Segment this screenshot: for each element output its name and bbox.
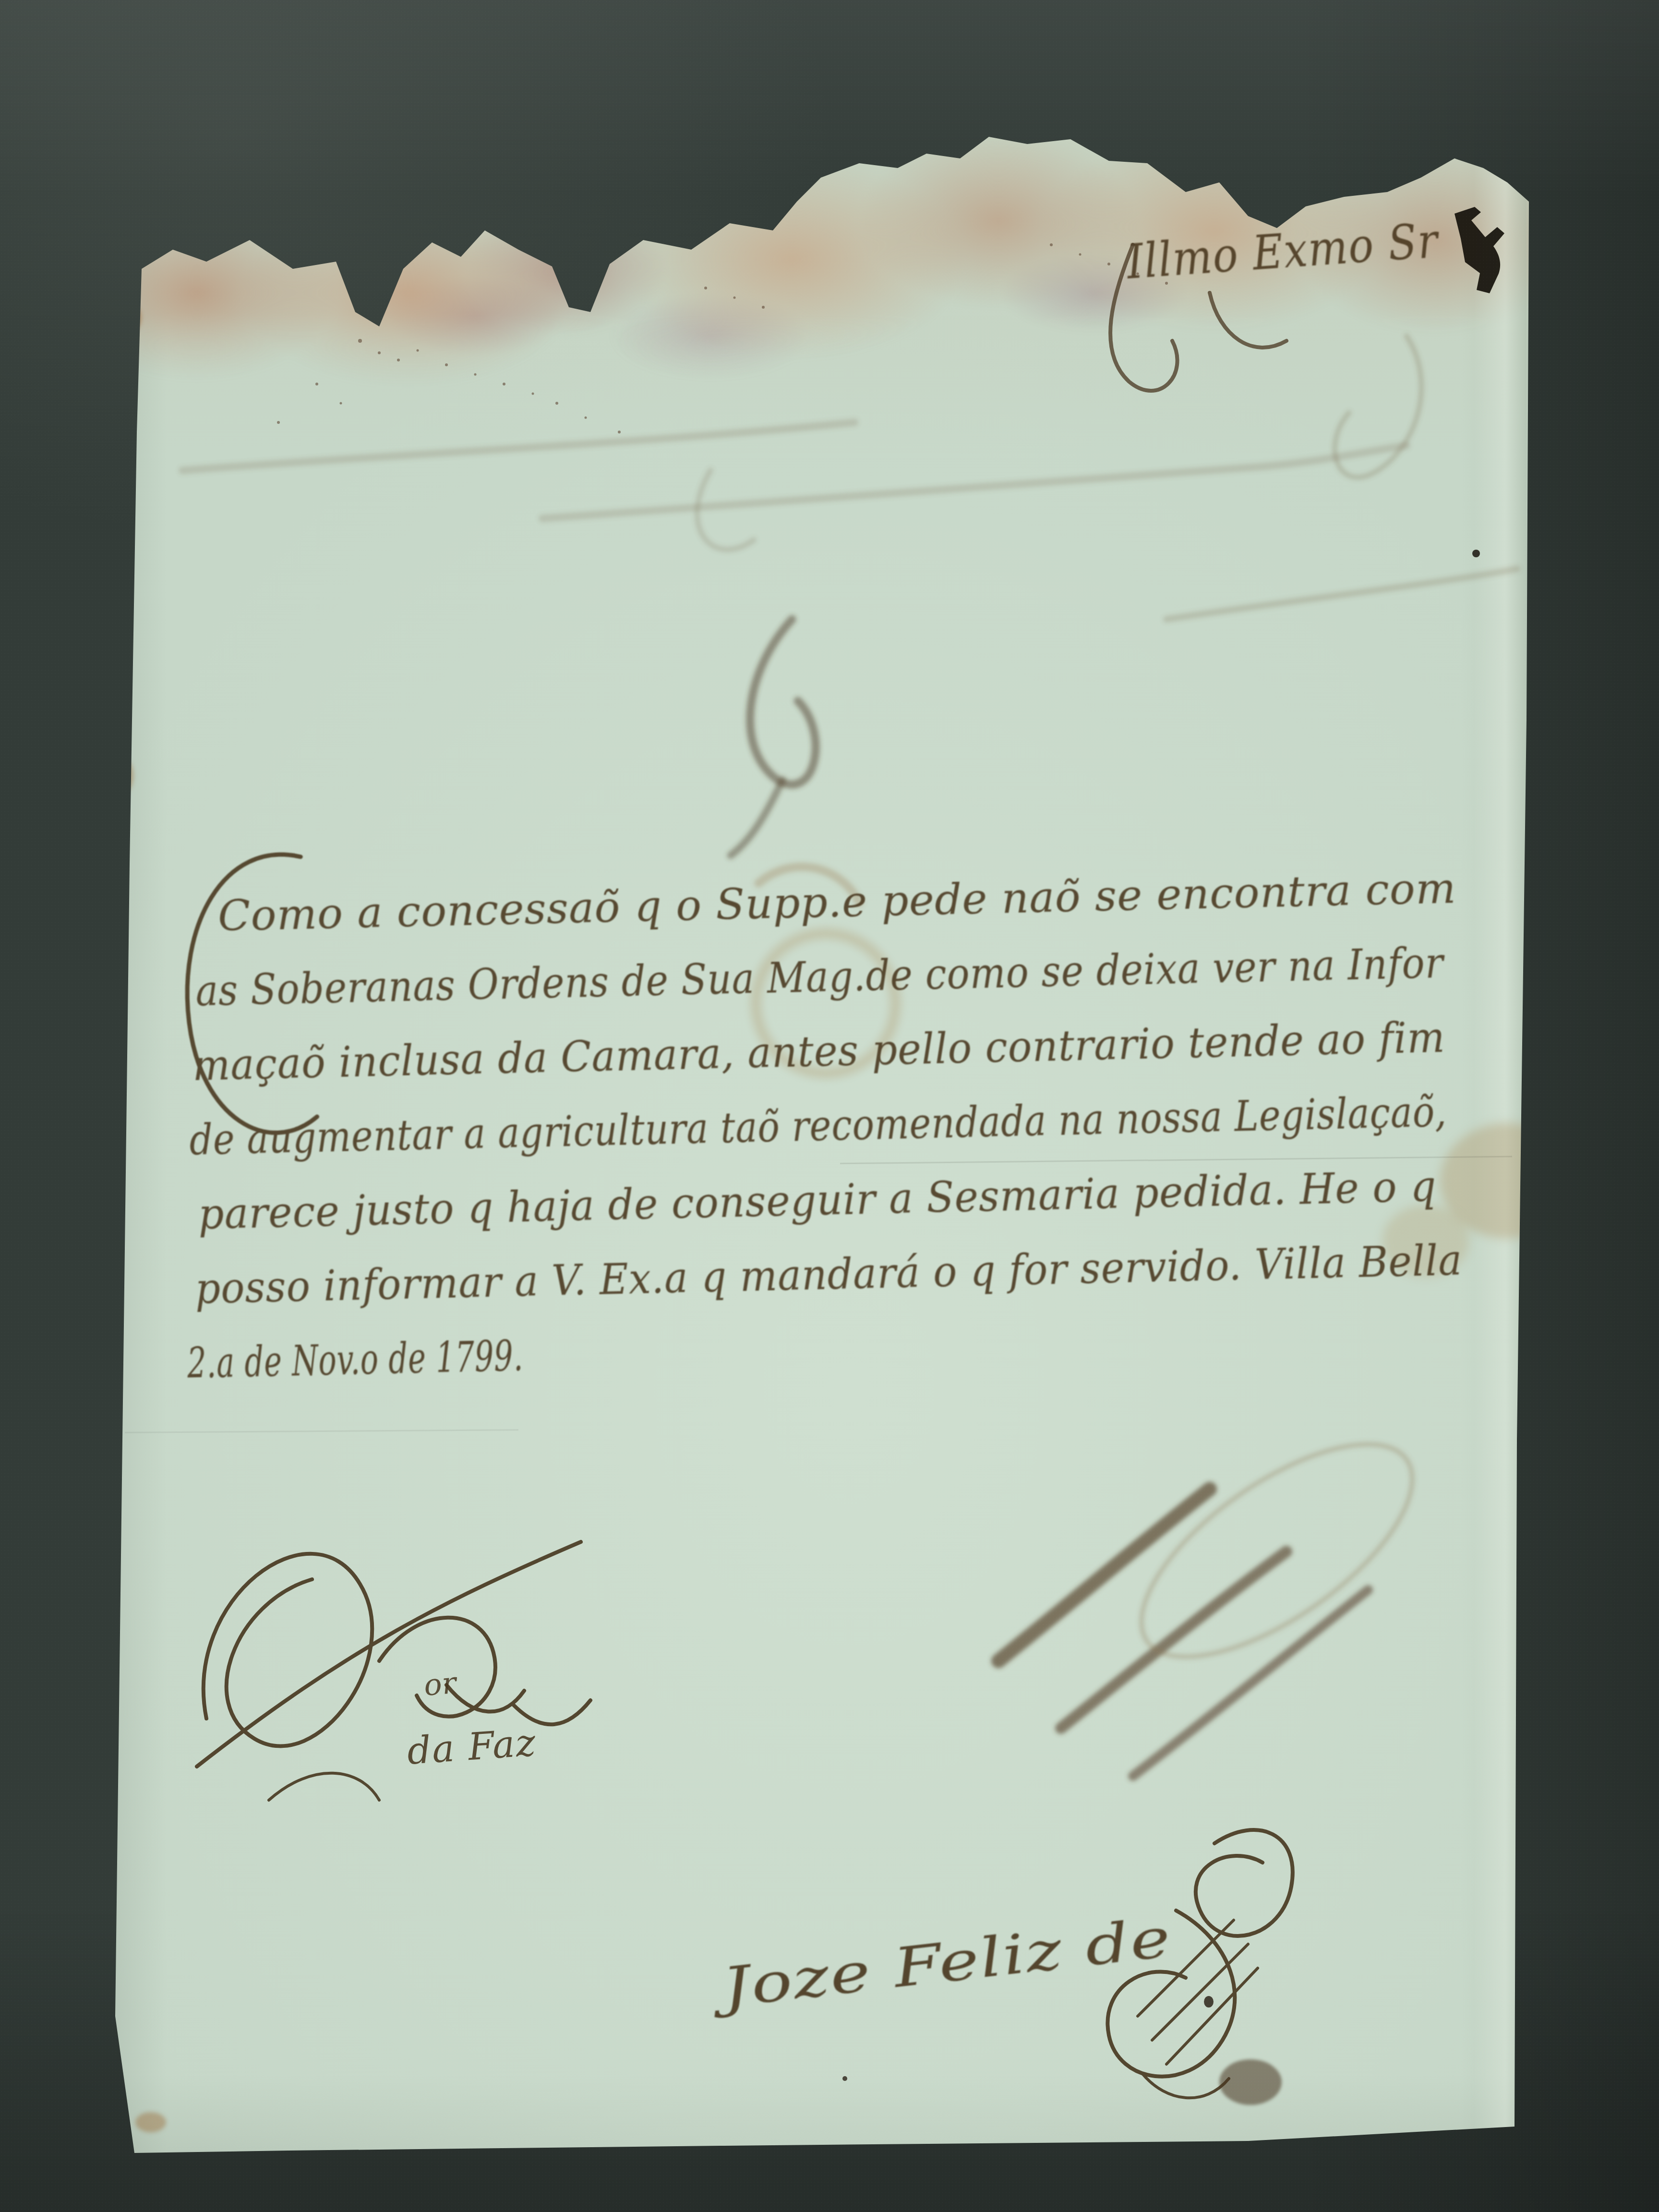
rubric-caption: da Faz [406,1721,538,1773]
handwriting-layer: Illmo Exmo Sr Como a [110,134,1531,2155]
offset-smudge-flourish [731,619,859,902]
svg-text:as Soberanas Ordens de Sua Mag: as Soberanas Ordens de Sua Mag.de como s… [195,938,1445,1016]
signature-text: Joze Feliz de [708,1906,1175,2020]
rust-spot [113,758,133,793]
ink-blot [1455,207,1504,557]
svg-text:parece justo q haja de consegu: parece justo q haja de conseguir a Sesma… [198,1161,1437,1239]
signature-specks [842,2076,1045,2155]
edge-speckles [277,243,1168,433]
rubric-superscript: or [422,1665,459,1703]
bleedthrough-offset-marks [182,336,1517,619]
svg-text:posso informar a V. Ex.a q man: posso informar a V. Ex.a q mandará o q f… [194,1235,1463,1313]
body-text: Como a concessaõ q o Supp.e pede naõ se … [175,828,1467,1388]
dateline-text: 2.a de Nov.o de 1799. [186,1331,524,1388]
manuscript-page: Illmo Exmo Sr Como a [110,134,1531,2155]
offset-stamp-marks [998,1405,1445,1776]
rust-spot [116,302,141,333]
salutation-text: Illmo Exmo Sr [1124,212,1442,290]
svg-text:maçaõ inclusa da Camara, antes: maçaõ inclusa da Camara, antes pello con… [192,1012,1446,1090]
photo-background: Illmo Exmo Sr Como a [0,0,1659,2212]
svg-text:de augmentar a agricultura taõ: de augmentar a agricultura taõ recomenda… [189,1087,1447,1165]
